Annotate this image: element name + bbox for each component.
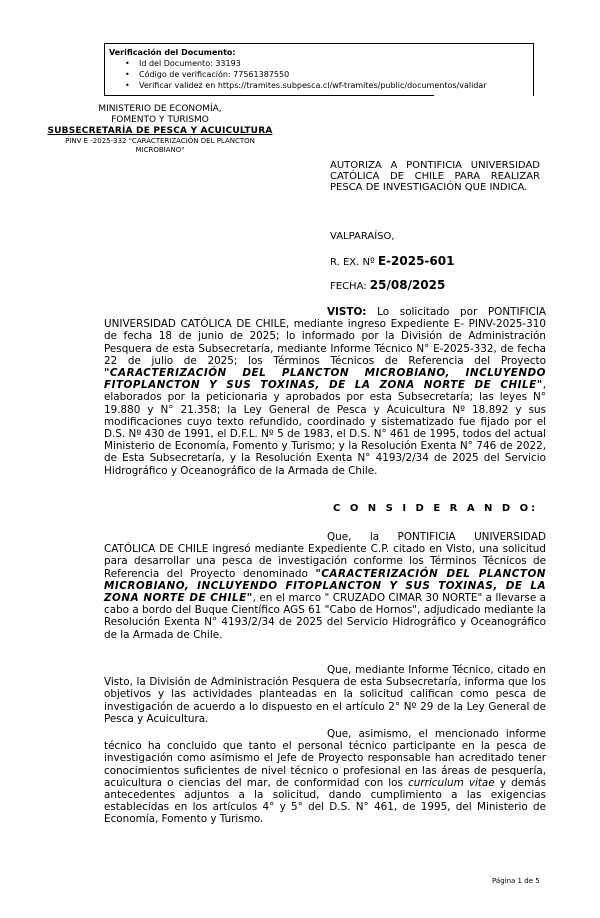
considerando-paragraph-2: Que, mediante Informe Técnico, citado en… <box>104 664 546 725</box>
resolution-value: E-2025-601 <box>378 254 455 268</box>
verification-title: Verificación del Documento: <box>109 48 533 58</box>
document-id: Id del Documento: 33193 <box>125 58 533 69</box>
project-reference-line-2: MICROBIANO" <box>30 146 290 155</box>
subsecretaria-name: SUBSECRETARÍA DE PESCA Y ACUICULTURA <box>30 126 290 137</box>
city: VALPARAÍSO, <box>330 231 395 242</box>
visto-text-2: , elaborados por la peticionaria y aprob… <box>104 379 546 476</box>
issuer-header: MINISTERIO DE ECONOMÍA, FOMENTO Y TURISM… <box>30 104 290 155</box>
page-number: Página 1 de 5 <box>492 877 540 885</box>
resolution-label: R. EX. Nº <box>330 257 378 268</box>
resolution-subject: AUTORIZA A PONTIFICIA UNIVERSIDAD CATÓLI… <box>330 160 540 193</box>
visto-label: VISTO: <box>327 306 366 318</box>
verification-list: Id del Documento: 33193 Código de verifi… <box>109 58 533 91</box>
resolution-date: FECHA: 25/08/2025 <box>330 278 445 292</box>
visto-project-title: "CARACTERIZACIÓN DEL PLANCTON MICROBIANO… <box>104 367 546 391</box>
verification-code: Código de verificación: 77561387550 <box>125 69 533 80</box>
verification-box-border <box>104 95 434 96</box>
project-reference-line-1: PINV E -2025-332 "CARACTERIZACIÓN DEL PL… <box>30 137 290 146</box>
date-label: FECHA: <box>330 281 370 292</box>
considerando-paragraph-3: Que, asimismo, el mencionado informe téc… <box>104 728 546 826</box>
verification-url[interactable]: Verificar validez en https://tramites.su… <box>125 80 533 91</box>
verification-box: Verificación del Documento: Id del Docum… <box>104 43 534 96</box>
visto-paragraph: VISTO: Lo solicitado por PONTIFICIA UNIV… <box>104 306 546 477</box>
resolution-number: R. EX. Nº E-2025-601 <box>330 254 454 268</box>
date-value: 25/08/2025 <box>370 278 446 292</box>
ministry-line-2: FOMENTO Y TURISMO <box>30 115 290 126</box>
visto-text-1: Lo solicitado por PONTIFICIA UNIVERSIDAD… <box>104 306 546 367</box>
para3-italic: curriculum vitae <box>408 777 495 789</box>
considerando-paragraph-1: Que, la PONTIFICIA UNIVERSIDAD CATÓLICA … <box>104 531 546 641</box>
ministry-line-1: MINISTERIO DE ECONOMÍA, <box>30 104 290 115</box>
considerando-heading: C O N S I D E R A N D O: <box>333 503 538 514</box>
